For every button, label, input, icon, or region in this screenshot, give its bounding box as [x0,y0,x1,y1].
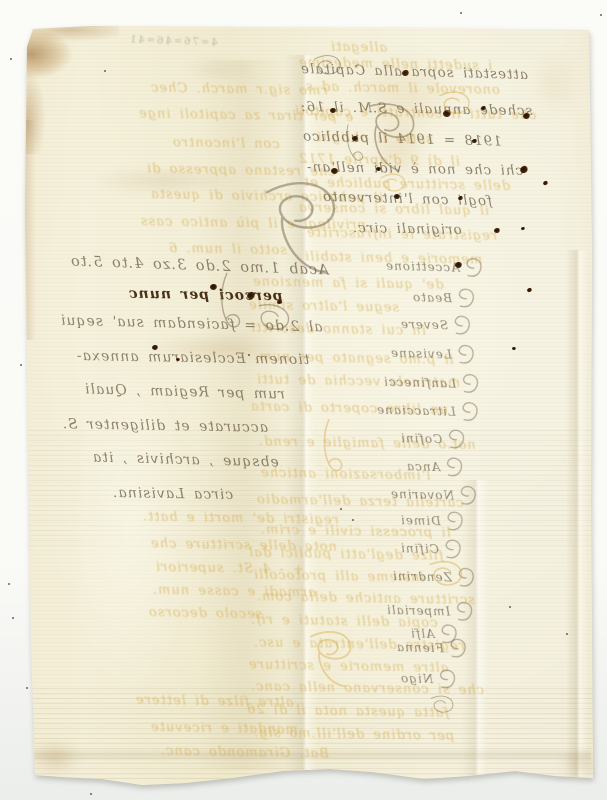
ink-blot [277,300,282,304]
ink-blot [443,110,451,117]
tonal-band [196,60,292,770]
bleedthrough-line-yellow: un libro coperto di carta [250,401,448,416]
cursive-initial-flourish [443,510,464,533]
bleedthrough-line-yellow: allegati [330,40,387,55]
cursive-initial-flourish [436,668,457,691]
bleedthrough-line-dark: originali circ. [352,221,462,237]
bleedthrough-line-dark: percoci per nunc [128,287,283,303]
bleedthrough-line-yellow: sotto il num. 6 [168,242,287,257]
paper-stain [350,52,460,142]
ink-blot [152,345,158,350]
cursive-initial-flourish [455,567,476,590]
vertical-fold-crease [284,55,318,780]
bleedthrough-line-yellow: altre memorie e scritture [248,659,448,674]
cursive-initial-flourish [442,538,463,561]
ink-blot [455,262,462,269]
ink-blot [472,139,477,143]
bleedthrough-line-yellow: filze degl'atti publici dal [248,547,444,562]
vertical-fold-crease-right [566,250,588,780]
bleedthrough-line-yellow: il p.mo segnato per num. [253,351,454,366]
cursive-initial-flourish [455,344,476,367]
pencil-inscription: 4=76=46=41 [128,34,218,48]
ink-flourish [326,98,375,188]
cursive-initial-flourish [445,428,466,451]
ink-flourish [413,550,472,619]
bleedthrough-list-item: Imperiali [386,599,474,623]
cursive-initial-flourish [443,456,464,479]
bleedthrough-line-yellow: Bat. Giramondo canc. [160,745,329,760]
bleedthrough-list-item: Severe [400,313,472,337]
ink-flourish [298,404,357,487]
bleedthrough-line-yellow: registro dell'entrata e usc. [253,637,465,652]
cursive-initial-flourish [447,637,468,660]
paper-stain [560,750,600,776]
ink-blot [376,167,382,172]
bleedthrough-list-item: Levisane [390,342,475,366]
bleedthrough-line-yellow: not.o delle famiglie e rend. [258,436,476,451]
list-item-word: Zendrini [392,569,452,585]
laid-paper-texture-bottom [24,688,593,780]
bleedthrough-list-item: Litracciane [376,399,479,424]
bleedthrough-line-yellow: e per tirar za capitoli inge [138,108,353,123]
ink-blot [176,358,181,362]
tonal-band-light [60,300,200,760]
ink-blot [523,113,530,119]
foxed-corner [23,24,119,154]
bleedthrough-line-yellow: rmo sig.r march. Chec [150,82,328,97]
cursive-initial-flourish [451,314,472,337]
paper-stain [180,60,260,78]
list-item-word: Cofini [400,431,443,446]
bleedthrough-line-yellow: scritture antiche della com. [256,591,475,606]
bleedthrough-line-yellow: registrate le infrascritte [306,227,497,242]
bleedthrough-line-yellow: de' quali si fa menzione [252,276,444,291]
scanned-manuscript-page: rmo sig.r march. Chece per tirar za capi… [0,0,607,800]
vertical-fold-crease-lower [462,480,488,780]
ink-blot [402,70,410,77]
ink-blot [494,228,500,233]
ink-blot [330,108,337,114]
bleedthrough-line-yellow: che si conservano nella canc. [250,681,484,696]
paper-stain [30,740,80,774]
bleedthrough-line-dark: Acab 1.mo 2.do 3.zo 4.to 5.to [70,258,329,274]
ink-flourish [235,297,300,358]
bleedthrough-list-item: Anca [406,455,464,478]
bleedthrough-list-item: Accettione [385,255,483,280]
cursive-initial-flourish [455,287,476,310]
bleedthrough-list-item: Cifini [400,537,462,561]
bleedthrough-line-yellow: memorie e beni stabili [304,251,482,266]
ink-flourish [418,691,461,732]
list-item-word: Anca [406,459,441,474]
bleedthrough-line-dark: schede annuali e S.M. il 16: [300,101,533,117]
bleedthrough-line-dark: circa Lavisina. [112,486,233,502]
ink-blot [481,105,487,110]
bleedthrough-line-yellow: privilegi e il più antico cass [140,216,366,231]
foxed-left-edge [23,120,36,340]
bleedthrough-list-item: Beato [412,286,476,310]
bleedthrough-line-yellow: cartella terza dell'armadio [256,494,463,509]
cursive-initial-flourish [459,373,480,396]
bleedthrough-line-yellow: in cui stanno descritti [250,322,426,337]
list-item-word: Dimei [400,513,441,528]
ink-blot [458,195,464,200]
list-item-word: Beato [412,290,452,305]
bleedthrough-list-item: Alfi [410,622,458,645]
bleedthrough-line-yellow: il dì 9 d'aprile 1712 [298,153,460,168]
bleedthrough-list-item: Dimei [400,509,464,533]
ink-blot [352,136,358,141]
bleedthrough-line-yellow: altre filze di lettere [135,694,294,709]
cursive-initial-flourish [457,485,478,508]
ink-blot [521,227,526,231]
bleedthrough-line-yellow: che tutti li contratti e capitoli [294,106,536,121]
bleedthrough-line-yellow: l'imborsazioni antiche [260,467,430,482]
bleedthrough-line-yellow: onorevole il march. ad s. [300,81,500,96]
bleedthrough-line-yellow: il qual libro si conserva [298,202,489,217]
paper-stain [148,336,293,360]
bleedthrough-line-dark: tionem Ecclesiarum annexa- [76,350,309,366]
ink-blot [210,283,218,290]
bleedthrough-line-yellow: segue l'altro simile [248,299,399,314]
list-item-word: Alfi [410,626,435,641]
bleedthrough-list-item: Fienna [396,636,467,660]
bleedthrough-line-yellow: i sudetti nelle medesime [298,57,492,72]
cursive-initial-flourish [458,401,479,424]
bleedthrough-list-item: Zendrini [392,565,476,589]
bleedthrough-line-yellow: copia delli statuti e rif. [250,614,438,629]
paper-stain [532,48,578,118]
paper-sheet: rmo sig.r march. Chece per tirar za capi… [0,0,607,800]
bleedthrough-line-dark: attestati sopra alla Capitale [300,64,528,80]
bleedthrough-list-item: Novarine [390,483,478,507]
ink-flourish [349,93,426,181]
list-item-word: Litracciane [376,403,456,419]
bleedthrough-line-yellow: nota delle scritture che [150,538,337,553]
bleedthrough-line-yellow: delle scritture publiche et [303,177,510,192]
bleedthrough-line-yellow: fatta questa nota il dì 26 [246,704,449,719]
bleedthrough-line-yellow: + - 4 St. superiori [155,561,304,576]
paper-stain [368,120,428,180]
bleedthrough-line-yellow: armadi e casse num. [152,584,316,599]
bleedthrough-line-dark: chi che non è vidi nell'an- [306,161,523,177]
bleedthrough-list-item: Lanfinecci [383,371,480,396]
ink-blot [330,167,338,175]
paper-stain [90,170,240,192]
ink-flourish [242,173,360,287]
ink-blot [542,180,548,185]
list-item-word: Nigo [400,671,434,686]
bleedthrough-line-dark: fogli con l'intervento [322,191,492,207]
bleedthrough-line-yellow: matricola vecchia de tutti [256,374,460,389]
list-item-word: Severe [400,317,448,332]
bleedthrough-line-yellow: registri de' morti e batt. [142,511,339,526]
horizontal-fold-crease [30,748,591,762]
cursive-initial-flourish [462,257,483,280]
cursive-initial-flourish [438,623,459,646]
bleedthrough-line-yellow: secolo decorso [148,606,262,621]
bleedthrough-line-yellow: li processi civili e crim. [260,524,451,539]
bleedthrough-line-yellow: che restano appresso di [146,163,335,178]
cursive-initial-flourish [453,601,474,624]
list-item-word: Imperiali [386,603,451,619]
bleedthrough-line-dark: rum per Regiam , Quali [84,384,285,400]
ink-blot [393,193,400,200]
bleedthrough-line-dark: ebsque , archivis , ita [92,452,279,468]
ink-blot [527,288,533,293]
list-item-word: Levisane [390,346,452,362]
ink-blot [519,165,529,174]
bleedthrough-line-yellow: insieme alli protocolli [253,569,425,584]
ink-blot [512,347,516,350]
bleedthrough-list-item: Cofini [400,427,466,451]
bleedthrough-line-yellow: sotto li oblighi [316,131,433,146]
bleedthrough-line-dark: accurate et diligenter S. [62,418,268,434]
ink-blot [246,291,255,299]
bleedthrough-line-yellow: con l'incontro [172,136,280,151]
laid-paper-texture-mid [24,430,593,550]
bleedthrough-line-yellow: per ordine dell'ill.mo sig. [253,727,454,742]
list-item-word: Lanfinecci [383,375,457,391]
bleedthrough-line-dark: al 2.do = faciendam sua' sequi [60,316,323,332]
list-item-word: Fienna [396,640,444,655]
bleedthrough-line-yellow: il pubblico archivio di questa [150,189,383,204]
bleedthrough-line-dark: 1918 = 1914 il pubblico [302,131,502,147]
bleedthrough-list-item: Nigo [400,667,457,690]
ink-flourish [299,48,354,100]
ink-flourish [422,84,483,141]
paper-sheet-wrap: rmo sig.r march. Chece per tirar za capi… [0,0,607,800]
list-item-word: Cifini [400,541,439,556]
ink-flourish [194,266,256,334]
ink-flourish [368,166,416,215]
list-item-word: Accettione [385,259,460,275]
ink-flourish [292,627,368,694]
bleedthrough-line-yellow: mandati e ricevute [150,721,298,736]
list-item-word: Novarine [390,487,454,503]
laid-paper-texture [24,26,593,782]
